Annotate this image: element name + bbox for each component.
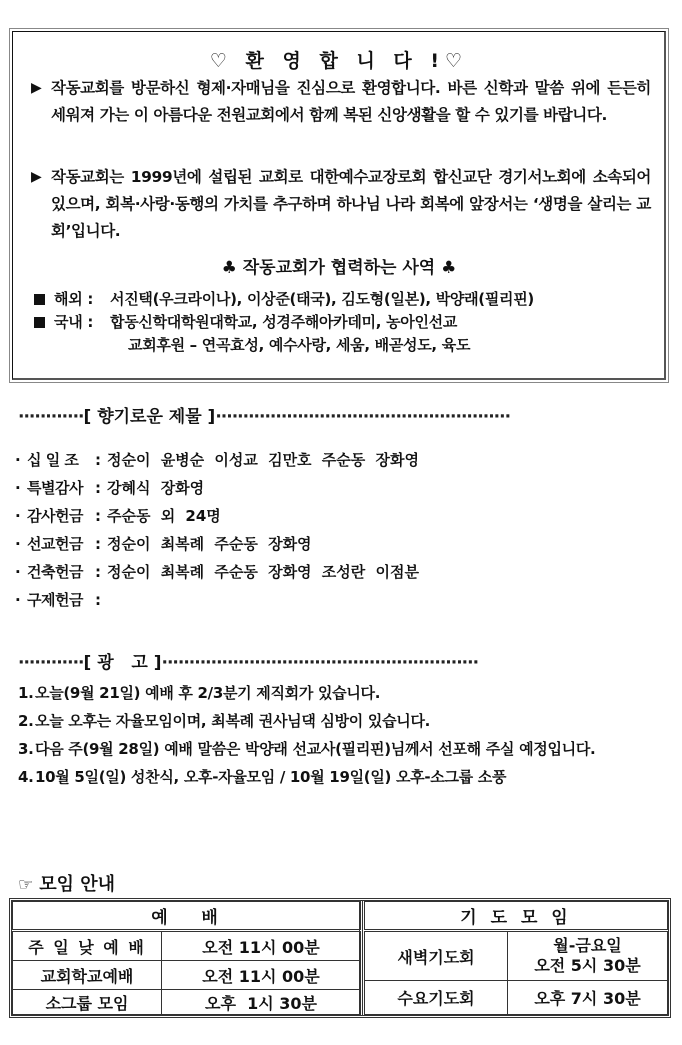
offering-row: ·선교헌금:정순이 최복례 주순동 장화영 xyxy=(15,530,419,558)
offering-names: 강혜식 장화영 xyxy=(107,479,204,497)
meetings-title-label: 모임 안내 xyxy=(39,874,115,895)
welcome-paragraph-text: 작동교회는 1999년에 설립된 교회로 대한예수교장로회 합신교단 경기서노회… xyxy=(51,164,651,245)
offering-row: ·감사헌금:주순동 외 24명 xyxy=(15,502,419,530)
prayer-table: 기 도 모 임 새벽기도회 월-금요일오전 5시 30분 수요기도회오후 7시 … xyxy=(364,901,668,1015)
prayer-time: 월-금요일오전 5시 30분 xyxy=(508,931,668,981)
offering-label: 십 일 조 xyxy=(27,446,95,474)
prayer-header: 기 도 모 임 xyxy=(365,902,668,931)
offering-names: 정순이 최복례 주순동 장화영 조성란 이점분 xyxy=(107,563,419,581)
offerings-header: ············[ 향기로운 제물 ]·················… xyxy=(18,402,664,427)
square-bullet-icon xyxy=(34,317,45,328)
notices-header-label: [ 광 고 ] xyxy=(84,653,162,673)
triangle-right-icon: ▶ xyxy=(31,75,41,102)
notice-item: 3.다음 주(9월 28일) 예배 말씀은 박양래 선교사(필리핀)님께서 선포… xyxy=(18,735,668,763)
mission-row-overseas: 해외 : 서진택(우크라이나), 이상준(태국), 김도형(일본), 박양래(필… xyxy=(34,288,534,310)
notices-list: 1.오늘(9월 21일) 예배 후 2/3분기 제직회가 있습니다. 2.오늘 … xyxy=(18,679,668,791)
mission-row-church-support: 교회후원 – 연곡효성, 예수사랑, 세움, 배곧성도, 육도 xyxy=(128,334,470,356)
welcome-paragraph-1: ▶ 작동교회를 방문하신 형제·자매님을 진심으로 환영합니다. 바른 신학과 … xyxy=(31,75,651,129)
offering-names: 주순동 외 24명 xyxy=(107,507,221,525)
mission-value: 서진택(우크라이나), 이상준(태국), 김도형(일본), 박양래(필리핀) xyxy=(110,290,534,308)
offering-row: ·십 일 조:정순이 윤병순 이성교 김만호 주순동 장화영 xyxy=(15,446,419,474)
mission-label: 국내 : xyxy=(54,311,110,333)
welcome-title: ♡ 환 영 합 니 다 !♡ xyxy=(9,46,669,73)
welcome-paragraph-2: ▶ 작동교회는 1999년에 설립된 교회로 대한예수교장로회 합신교단 경기서… xyxy=(31,164,651,245)
welcome-paragraph-text: 작동교회를 방문하신 형제·자매님을 진심으로 환영합니다. 바른 신학과 말씀… xyxy=(51,75,651,129)
offering-label: 구제헌금 xyxy=(27,586,95,614)
offering-label: 특별감사 xyxy=(27,474,95,502)
square-bullet-icon xyxy=(34,294,45,305)
prayer-name: 새벽기도회 xyxy=(365,931,508,981)
worship-time: 오전 11시 00분 xyxy=(162,931,361,961)
offering-label: 건축헌금 xyxy=(27,558,95,586)
mission-value: 합동신학대학원대학교, 성경주해아카데미, 농아인선교 xyxy=(110,313,457,331)
worship-name: 주 일 낮 예 배 xyxy=(13,931,162,961)
notice-item: 4.10월 5일(일) 성찬식, 오후-자율모임 / 10월 19일(일) 오후… xyxy=(18,763,668,791)
worship-header: 예 배 xyxy=(13,902,361,931)
welcome-content: ♡ 환 영 합 니 다 !♡ ▶ 작동교회를 방문하신 형제·자매님을 진심으로… xyxy=(9,28,669,383)
offerings-list: ·십 일 조:정순이 윤병순 이성교 김만호 주순동 장화영 ·특별감사:강혜식… xyxy=(15,446,419,614)
mission-label: 해외 : xyxy=(54,288,110,310)
notice-item: 1.오늘(9월 21일) 예배 후 2/3분기 제직회가 있습니다. xyxy=(18,679,668,707)
meetings-table: 예 배 주 일 낮 예 배오전 11시 00분 교회학교예배오전 11시 00분… xyxy=(9,898,671,1018)
dotted-leader: ············ xyxy=(18,407,84,427)
dotted-leader: ············ xyxy=(18,653,84,673)
worship-table: 예 배 주 일 낮 예 배오전 11시 00분 교회학교예배오전 11시 00분… xyxy=(12,901,361,1015)
mission-title: ♣ 작동교회가 협력하는 사역 ♣ xyxy=(9,253,669,278)
triangle-right-icon: ▶ xyxy=(31,164,41,191)
notices-header: ············[ 광 고 ]·····················… xyxy=(18,648,664,673)
notice-item: 2.오늘 오후는 자율모임이며, 최복례 권사님댁 심방이 있습니다. xyxy=(18,707,668,735)
offerings-header-label: [ 향기로운 제물 ] xyxy=(84,407,216,427)
offering-label: 선교헌금 xyxy=(27,530,95,558)
worship-name: 교회학교예배 xyxy=(13,961,162,990)
offering-label: 감사헌금 xyxy=(27,502,95,530)
table-divider xyxy=(359,901,363,1015)
offering-row: ·특별감사:강혜식 장화영 xyxy=(15,474,419,502)
dotted-leader: ········································… xyxy=(161,653,478,673)
offering-row: ·구제헌금: xyxy=(15,586,419,614)
worship-time: 오전 11시 00분 xyxy=(162,961,361,990)
worship-time: 오후 1시 30분 xyxy=(162,990,361,1015)
meetings-title: ☞모임 안내 xyxy=(18,870,115,896)
pointing-hand-icon: ☞ xyxy=(18,875,33,895)
dotted-leader: ········································… xyxy=(215,407,510,427)
worship-name: 소그룹 모임 xyxy=(13,990,162,1015)
offering-names: 정순이 최복례 주순동 장화영 xyxy=(107,535,312,553)
prayer-time: 오후 7시 30분 xyxy=(508,981,668,1015)
prayer-name: 수요기도회 xyxy=(365,981,508,1015)
offering-names: 정순이 윤병순 이성교 김만호 주순동 장화영 xyxy=(107,451,419,469)
mission-row-domestic: 국내 : 합동신학대학원대학교, 성경주해아카데미, 농아인선교 xyxy=(34,311,457,333)
offering-row: ·건축헌금:정순이 최복례 주순동 장화영 조성란 이점분 xyxy=(15,558,419,586)
